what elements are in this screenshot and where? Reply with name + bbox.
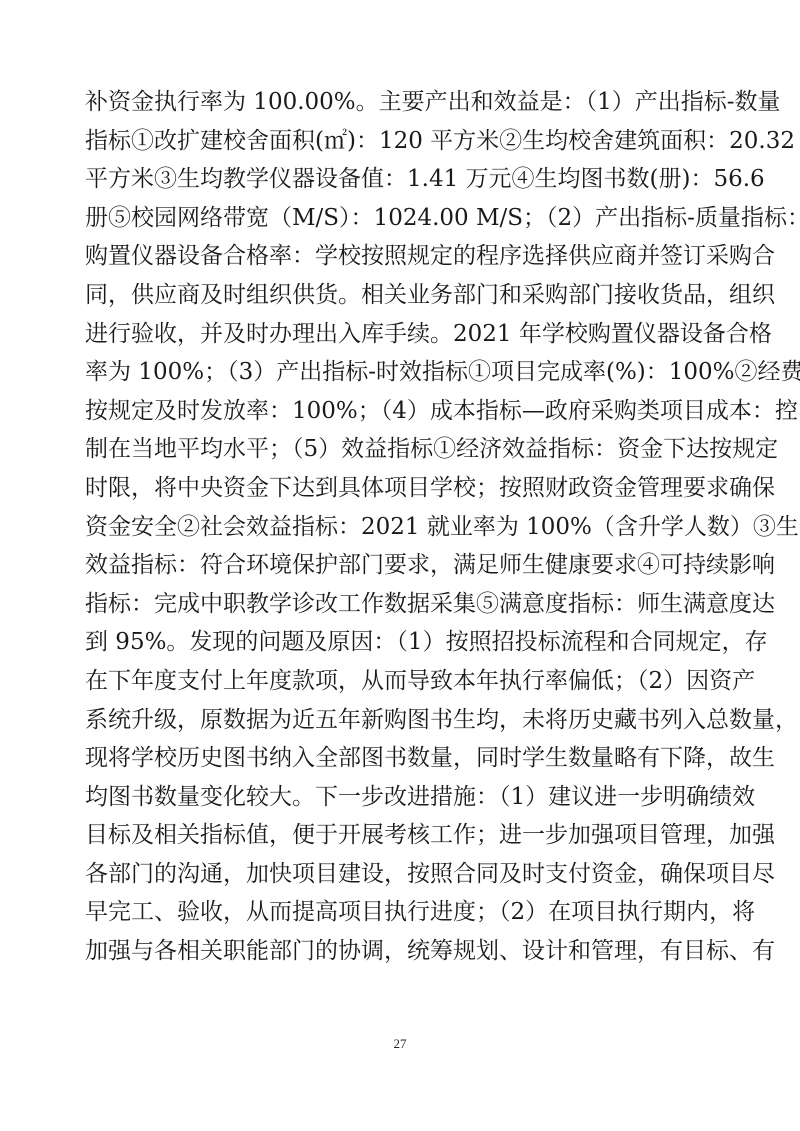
text-line: 指标：完成中职教学诊改工作数据采集⑤满意度指标：师生满意度达 [85, 588, 725, 627]
text-line: 早完工、验收，从而提高项目执行进度；（2）在项目执行期内，将 [85, 896, 725, 935]
text-line: 加强与各相关职能部门的协调，统筹规划、设计和管理，有目标、有 [85, 935, 725, 974]
page-number: 27 [0, 1036, 800, 1052]
text-line: 均图书数量变化较大。下一步改进措施：（1）建议进一步明确绩效 [85, 781, 725, 820]
text-line: 按规定及时发放率：100%；（4）成本指标—政府采购类项目成本：控 [85, 395, 725, 434]
text-line: 时限，将中央资金下达到具体项目学校；按照财政资金管理要求确保 [85, 472, 725, 511]
text-line: 补资金执行率为 100.00%。主要产出和效益是：（1）产出指标-数量 [85, 86, 725, 125]
text-line: 同，供应商及时组织供货。相关业务部门和采购部门接收货品，组织 [85, 279, 725, 318]
text-line: 现将学校历史图书纳入全部图书数量，同时学生数量略有下降，故生 [85, 742, 725, 781]
text-line: 系统升级，原数据为近五年新购图书生均，未将历史藏书列入总数量， [85, 704, 725, 743]
text-line: 购置仪器设备合格率：学校按照规定的程序选择供应商并签订采购合 [85, 240, 725, 279]
text-line: 目标及相关指标值，便于开展考核工作；进一步加强项目管理，加强 [85, 819, 725, 858]
text-line: 进行验收，并及时办理出入库手续。2021 年学校购置仪器设备合格 [85, 318, 725, 357]
text-line: 在下年度支付上年度款项，从而导致本年执行率偏低；（2）因资产 [85, 665, 725, 704]
document-page: 补资金执行率为 100.00%。主要产出和效益是：（1）产出指标-数量 指标①改… [0, 0, 800, 1131]
text-line: 率为 100%；（3）产出指标-时效指标①项目完成率(%)：100%②经费 [85, 356, 725, 395]
text-line: 效益指标：符合环境保护部门要求，满足师生健康要求④可持续影响 [85, 549, 725, 588]
text-line: 各部门的沟通，加快项目建设，按照合同及时支付资金，确保项目尽 [85, 858, 725, 897]
text-line: 册⑤校园网络带宽（M/S）：1024.00 M/S；（2）产出指标-质量指标： [85, 202, 725, 241]
text-line: 平方米③生均教学仪器设备值：1.41 万元④生均图书数(册)：56.6 [85, 163, 725, 202]
text-line: 指标①改扩建校舍面积(㎡)：120 平方米②生均校舍建筑面积：20.32 [85, 125, 725, 164]
text-line: 制在当地平均水平；（5）效益指标①经济效益指标：资金下达按规定 [85, 433, 725, 472]
text-line: 资金安全②社会效益指标：2021 就业率为 100%（含升学人数）③生态 [85, 511, 725, 550]
body-paragraph: 补资金执行率为 100.00%。主要产出和效益是：（1）产出指标-数量 指标①改… [85, 86, 725, 974]
text-line: 到 95%。发现的问题及原因：（1）按照招投标流程和合同规定，存 [85, 626, 725, 665]
